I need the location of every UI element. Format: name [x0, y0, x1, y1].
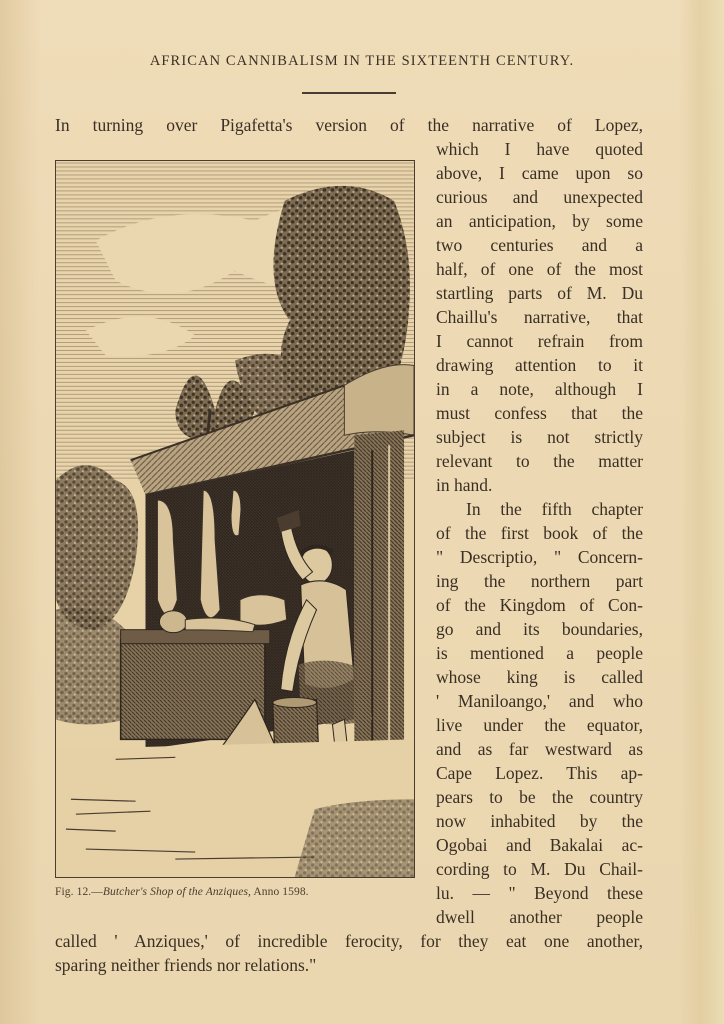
body-line: startling parts of M. Du	[436, 281, 643, 305]
body-line: drawing attention to it	[436, 353, 643, 377]
body-line: in a note, although I	[436, 377, 643, 401]
body-line: curious and unexpected	[436, 185, 643, 209]
body-line: above, I came upon so	[436, 161, 643, 185]
body-line: Cape Lopez. This ap-	[436, 761, 643, 785]
body-line: ing the northern part	[436, 569, 643, 593]
body-line: cording to M. Du Chail-	[436, 857, 643, 881]
body-line-indented: In the fifth chapter	[466, 497, 643, 521]
body-line: dwell another people	[436, 905, 643, 929]
body-line: in hand.	[436, 473, 643, 497]
body-line: an anticipation, by some	[436, 209, 643, 233]
figure-caption: Fig. 12.—Butcher's Shop of the Anziques,…	[55, 886, 425, 898]
body-line: and as far westward as	[436, 737, 643, 761]
body-line: lu. — " Beyond these	[436, 881, 643, 905]
body-line: now inhabited by the	[436, 809, 643, 833]
figure-caption-year: , Anno 1598.	[248, 886, 309, 898]
body-line: of the Kingdom of Con-	[436, 593, 643, 617]
body-line: sparing neither friends nor relations."	[55, 953, 643, 977]
body-line: subject is not strictly	[436, 425, 643, 449]
body-line: of the first book of the	[436, 521, 643, 545]
body-line: half, of one of the most	[436, 257, 643, 281]
body-line: which I have quoted	[436, 137, 643, 161]
body-line: In turning over Pigafetta's version of t…	[55, 113, 643, 137]
body-line: I cannot refrain from	[436, 329, 643, 353]
body-line: relevant to the matter	[436, 449, 643, 473]
engraving-illustration	[55, 160, 415, 878]
body-line: go and its boundaries,	[436, 617, 643, 641]
running-head: AFRICAN CANNIBALISM IN THE SIXTEENTH CEN…	[0, 53, 724, 70]
figure-caption-title: Butcher's Shop of the Anziques	[103, 886, 248, 898]
body-line: is mentioned a people	[436, 641, 643, 665]
book-page: AFRICAN CANNIBALISM IN THE SIXTEENTH CEN…	[0, 0, 724, 1024]
body-line: " Descriptio, " Concern-	[436, 545, 643, 569]
butcher-shop-engraving-icon	[56, 161, 414, 877]
body-line: Chaillu's narrative, that	[436, 305, 643, 329]
body-line: Ogobai and Bakalai ac-	[436, 833, 643, 857]
body-line: live under the equator,	[436, 713, 643, 737]
body-line: called ' Anziques,' of incredible feroci…	[55, 929, 643, 953]
figure-label: Fig. 12.—	[55, 886, 103, 898]
title-rule	[302, 92, 396, 94]
body-line: pears to be the country	[436, 785, 643, 809]
body-line: two centuries and a	[436, 233, 643, 257]
body-line: must confess that the	[436, 401, 643, 425]
body-line: ' Maniloango,' and who	[436, 689, 643, 713]
body-line: whose king is called	[436, 665, 643, 689]
